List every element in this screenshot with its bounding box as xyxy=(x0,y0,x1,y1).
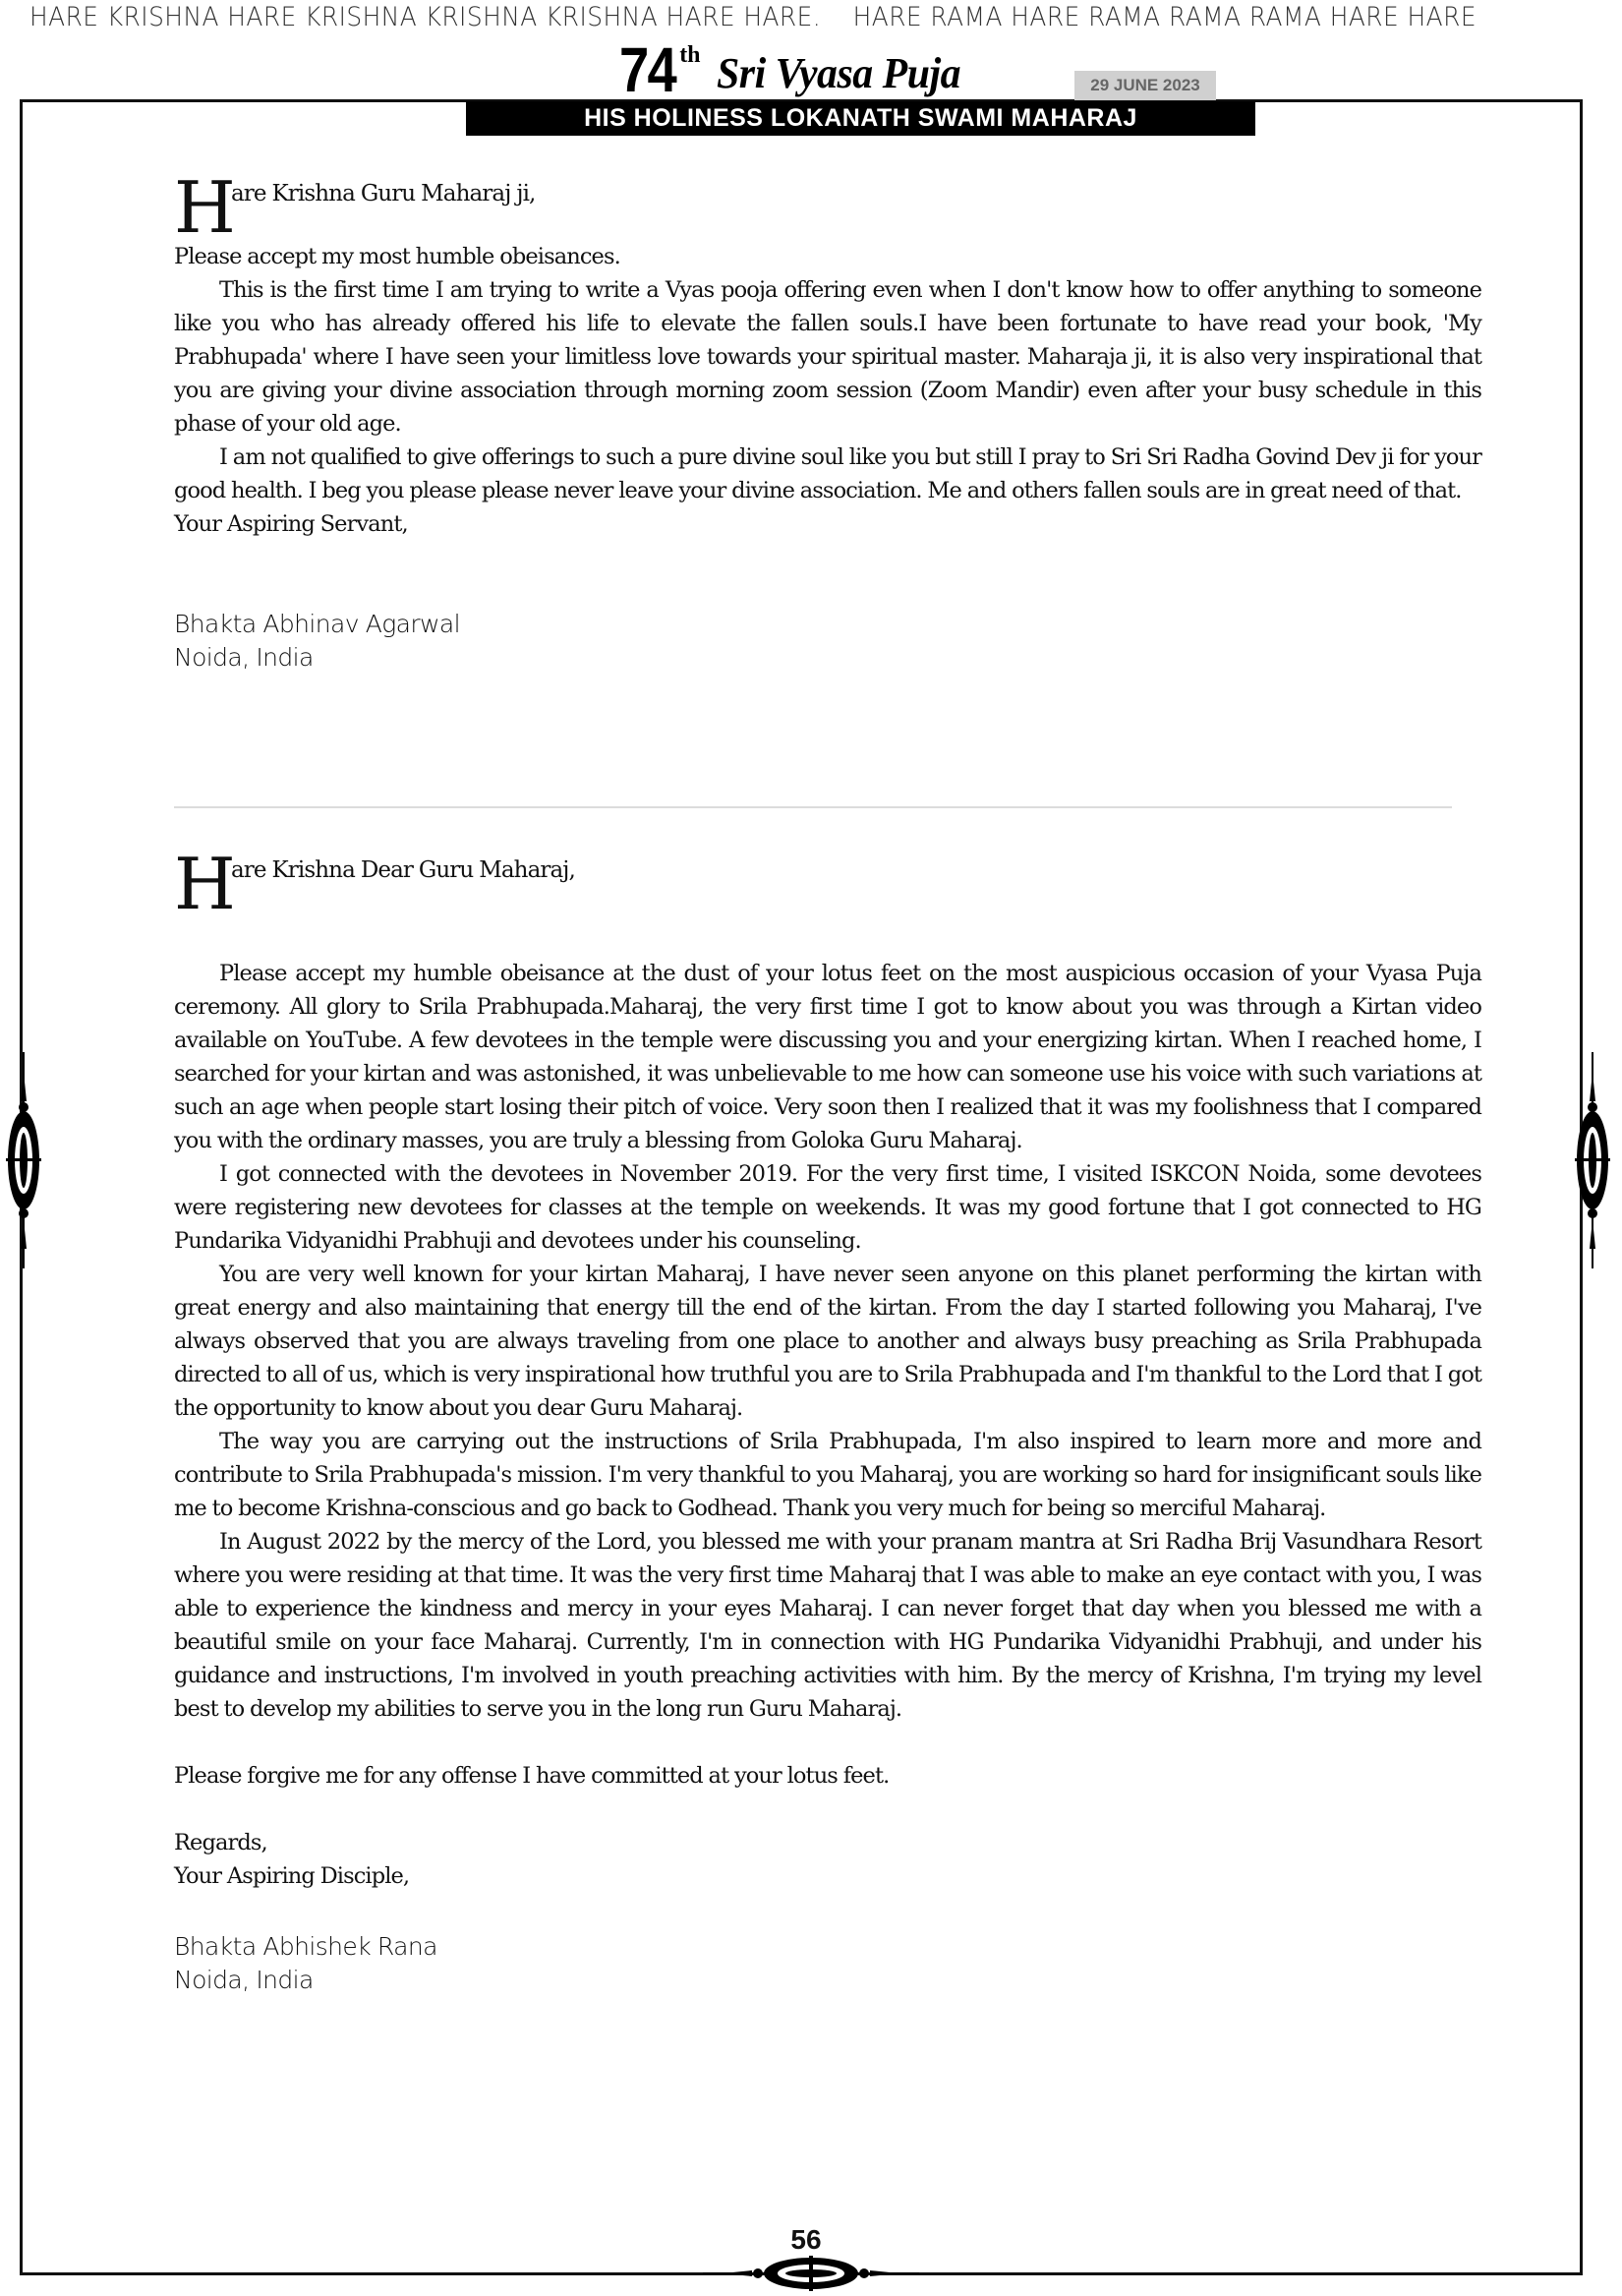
top-mantra-banner: HARE KRISHNA HARE KRISHNA KRISHNA KRISHN… xyxy=(29,2,1477,35)
salutation: H are Krishna Dear Guru Maharaj, xyxy=(174,852,1481,916)
signature-name: Bhakta Abhinav Agarwal xyxy=(174,608,1481,641)
letter-1: H are Krishna Guru Maharaj ji, Please ac… xyxy=(174,175,1481,675)
signature-name: Bhakta Abhishek Rana xyxy=(174,1930,1481,1964)
paragraph: This is the first time I am trying to wr… xyxy=(174,273,1481,441)
paragraph: I got connected with the devotees in Nov… xyxy=(174,1157,1481,1258)
apology: Please forgive me for any offense I have… xyxy=(174,1759,1481,1793)
regards: Regards, xyxy=(174,1826,1481,1859)
right-flourish-icon xyxy=(1573,1052,1612,1268)
paragraph: Please accept my humble obeisance at the… xyxy=(174,957,1481,1157)
mantra-left: HARE KRISHNA HARE KRISHNA KRISHNA KRISHN… xyxy=(29,2,821,35)
signature-location: Noida, India xyxy=(174,641,1481,675)
paragraph: In August 2022 by the mercy of the Lord,… xyxy=(174,1525,1481,1726)
subtitle-bar: HIS HOLINESS LOKANATH SWAMI MAHARAJ xyxy=(466,101,1255,136)
salutation-text: are Krishna Dear Guru Maharaj, xyxy=(231,855,575,885)
signature-location: Noida, India xyxy=(174,1964,1481,1997)
salutation: H are Krishna Guru Maharaj ji, xyxy=(174,175,1481,240)
drop-cap: H xyxy=(174,175,235,240)
sign-off: Your Aspiring Servant, xyxy=(174,507,1481,541)
paragraph: Please accept my most humble obeisances. xyxy=(174,240,1481,273)
edition-number: 74 xyxy=(619,41,675,98)
edition-ordinal: th xyxy=(679,42,700,69)
event-title: Sri Vyasa Puja xyxy=(717,49,960,98)
page-title: 74 th Sri Vyasa Puja xyxy=(619,37,973,98)
paragraph: The way you are carrying out the instruc… xyxy=(174,1425,1481,1525)
paragraph: I am not qualified to give offerings to … xyxy=(174,441,1481,507)
date-badge: 29 JUNE 2023 xyxy=(1074,71,1216,100)
paragraph: You are very well known for your kirtan … xyxy=(174,1258,1481,1425)
letter-2: H are Krishna Dear Guru Maharaj, Please … xyxy=(174,852,1481,1997)
salutation-text: are Krishna Guru Maharaj ji, xyxy=(231,179,535,208)
bottom-flourish-icon xyxy=(703,2252,919,2296)
drop-cap: H xyxy=(174,852,235,916)
left-flourish-icon xyxy=(4,1052,43,1268)
letter-divider xyxy=(174,806,1452,808)
mantra-right: HARE RAMA HARE RAMA RAMA RAMA HARE HARE xyxy=(853,2,1477,35)
sign-off: Your Aspiring Disciple, xyxy=(174,1859,1481,1893)
